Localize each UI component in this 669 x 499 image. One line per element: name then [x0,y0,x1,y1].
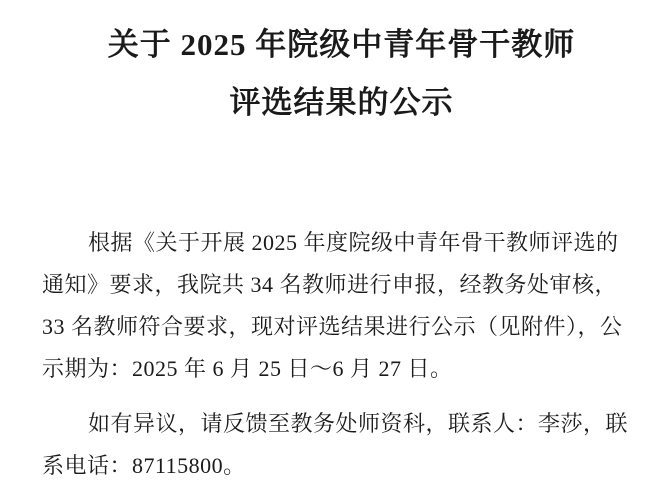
document-title: 关于 2025 年院级中青年骨干教师 评选结果的公示 [42,16,641,132]
paragraph-2-line-2: 系电话：87115800。 [42,445,641,487]
paragraph-1-line-1: 根据《关于开展 2025 年度院级中青年骨干教师评选的 [42,222,641,264]
title-line-2: 评选结果的公示 [42,74,641,132]
paragraph-2-line-1: 如有异议，请反馈至教务处师资科，联系人：李莎，联 [42,403,641,445]
document-page: 关于 2025 年院级中青年骨干教师 评选结果的公示 根据《关于开展 2025 … [0,0,669,499]
document-body: 根据《关于开展 2025 年度院级中青年骨干教师评选的 通知》要求，我院共 34… [42,222,641,487]
paragraph-announcement: 根据《关于开展 2025 年度院级中青年骨干教师评选的 通知》要求，我院共 34… [42,222,641,390]
paragraph-1-line-2: 通知》要求，我院共 34 名教师进行申报，经教务处审核， [42,264,641,306]
paragraph-1-line-3: 33 名教师符合要求，现对评选结果进行公示（见附件），公 [42,306,641,348]
paragraph-contact: 如有异议，请反馈至教务处师资科，联系人：李莎，联 系电话：87115800。 [42,403,641,487]
title-line-1: 关于 2025 年院级中青年骨干教师 [42,16,641,74]
paragraph-1-line-4: 示期为：2025 年 6 月 25 日～6 月 27 日。 [42,348,641,390]
